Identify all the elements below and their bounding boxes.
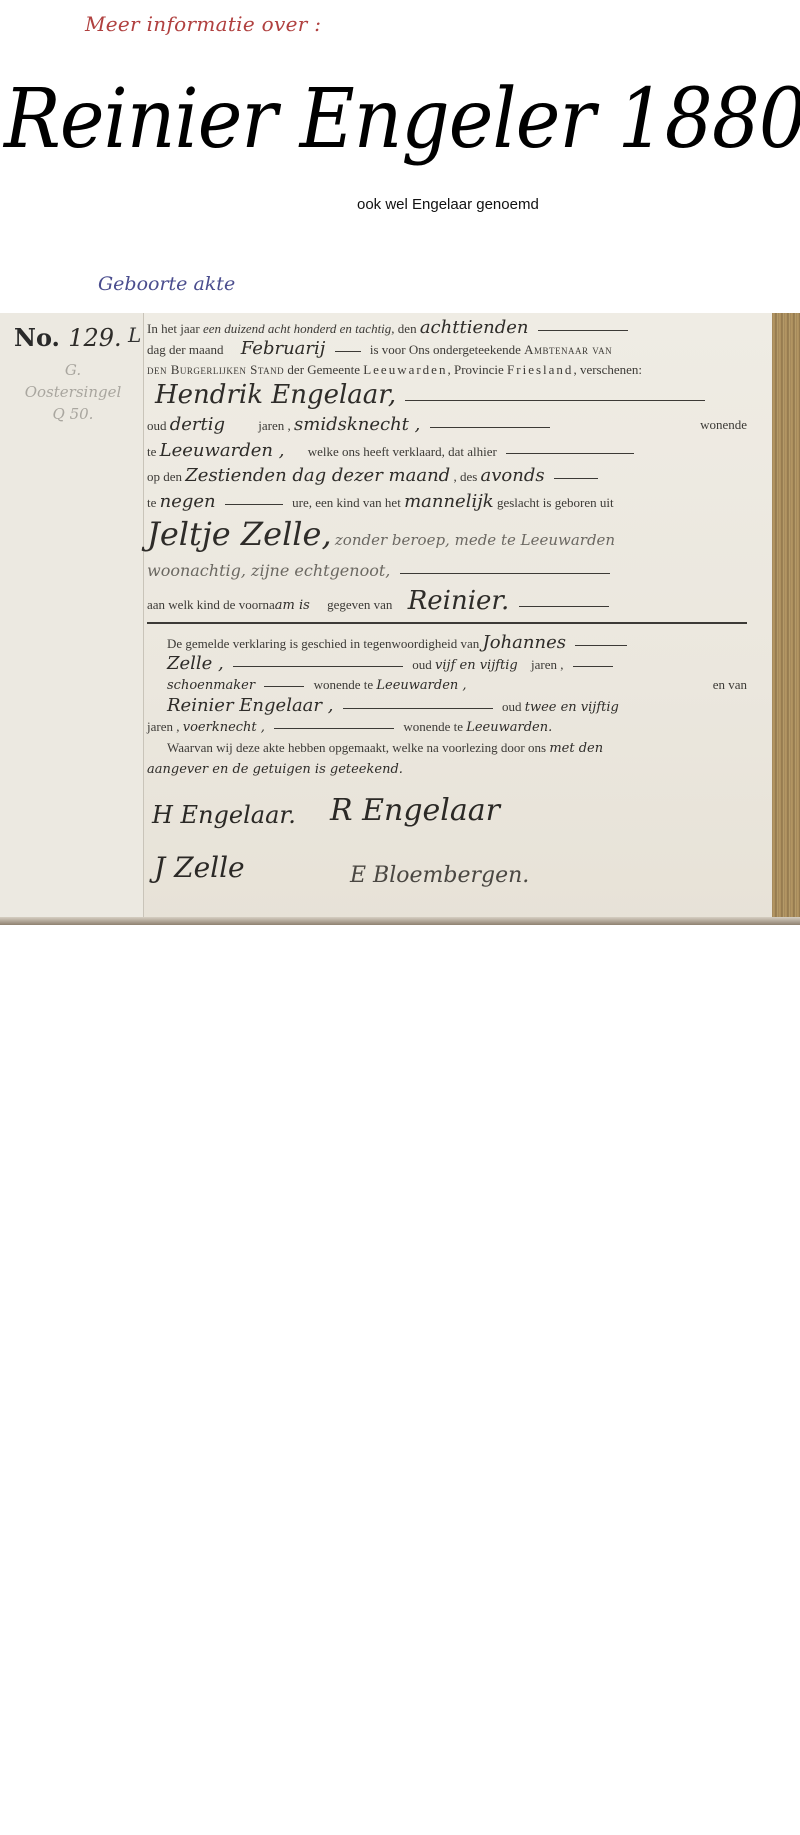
print-text: Friesland <box>507 362 573 377</box>
handwritten-text: mannelijk <box>404 491 494 512</box>
margin-note: G. Oostersingel Q 50. <box>8 359 138 425</box>
intro-text: Meer informatie over : <box>85 12 321 36</box>
cert-line: te Leeuwarden , welke ons heeft verklaar… <box>147 440 747 461</box>
handwritten-text: vijf en vijftig <box>435 658 518 673</box>
handwritten-text: aangever en de getuigen is geteekend. <box>147 762 403 777</box>
rule-line <box>343 708 493 709</box>
handwritten-text: am is <box>275 598 310 613</box>
cert-line: Waarvan wij deze akte hebben opgemaakt, … <box>147 737 747 758</box>
handwritten-text: Jeltje Zelle, <box>147 515 332 553</box>
print-text: op den <box>147 469 182 484</box>
print-text: een duizend acht honderd en tachtig <box>203 321 391 336</box>
handwritten-text: Leeuwarden , <box>160 440 285 461</box>
cert-line: schoenmaker wonende te Leeuwarden , en v… <box>147 674 747 695</box>
handwritten-text: twee en vijftig <box>525 700 619 715</box>
page-edge <box>0 917 800 925</box>
print-text: oud <box>412 657 432 672</box>
certificate-number: No. 129. <box>14 323 122 352</box>
cert-line: Zelle , oud vijf en vijftig jaren , <box>147 653 747 674</box>
page-title: Reinier Engeler 1880 <box>4 70 736 170</box>
handwritten-text: voerknecht , <box>183 720 265 735</box>
handwritten-text: Leeuwarden. <box>466 720 552 735</box>
print-text: In het jaar <box>147 321 200 336</box>
print-text: De gemelde verklaring is geschied in teg… <box>167 636 479 651</box>
print-text: , verschenen: <box>573 362 642 377</box>
certificate-body: In het jaar een duizend acht honderd en … <box>147 317 747 779</box>
number-value: 129. <box>68 324 121 352</box>
rule-line <box>430 427 550 428</box>
print-text: den Burgerlijken Stand <box>147 362 284 377</box>
subtitle: ook wel Engelaar genoemd <box>357 196 539 213</box>
handwritten-text: schoenmaker <box>167 678 255 693</box>
print-text: ure, een kind van het <box>292 495 401 510</box>
cert-line: den Burgerlijken Stand der Gemeente Leeu… <box>147 359 747 380</box>
handwritten-text: Reinier. <box>408 586 510 616</box>
handwritten-text: achttienden <box>420 317 529 338</box>
cert-line: oud dertig jaren , smidsknecht , wonende <box>147 410 747 440</box>
margin-note-line: G. <box>8 359 138 381</box>
rule-line <box>274 728 394 729</box>
handwritten-text: Leeuwarden , <box>376 678 466 693</box>
cert-line: jaren , voerknecht , wonende te Leeuward… <box>147 716 747 737</box>
print-text: jaren , <box>258 418 290 433</box>
print-text: dag der maand <box>147 342 224 357</box>
book-spine <box>772 313 800 925</box>
cert-line: woonachtig, zijne echtgenoot, <box>147 556 747 586</box>
handwritten-text: woonachtig, zijne echtgenoot, <box>147 561 390 580</box>
handwritten-text: Zelle , <box>167 653 224 674</box>
print-text: geslacht is geboren uit <box>497 495 614 510</box>
rule-line <box>264 686 304 687</box>
print-text: aan welk kind de voorna <box>147 597 275 612</box>
rule-line <box>335 351 361 352</box>
handwritten-text: Johannes <box>483 632 566 653</box>
rule-line <box>233 666 403 667</box>
print-text: jaren , <box>531 657 563 672</box>
signature-registrar: E Bloembergen. <box>350 863 529 888</box>
rule-line <box>400 573 610 574</box>
print-text: is voor Ons ondergeteekende <box>370 342 521 357</box>
number-prefix: No. <box>14 323 60 352</box>
margin-note-line: Oostersingel <box>8 381 138 403</box>
rule-line <box>538 330 628 331</box>
signature-witness-2: J Zelle <box>154 851 245 884</box>
rule-line <box>575 645 627 646</box>
cert-line: Jeltje Zelle, zonder beroep, mede te Lee… <box>147 512 747 556</box>
handwritten-text: Hendrik Engelaar, <box>155 380 396 410</box>
handwritten-text: Reinier Engelaar , <box>167 695 333 716</box>
print-text: wonende <box>700 410 747 440</box>
print-text: jaren , <box>147 719 179 734</box>
handwritten-text: Februarij <box>241 338 326 359</box>
section-divider <box>147 622 747 624</box>
print-text: der Gemeente <box>287 362 360 377</box>
print-text: wonende te <box>314 677 374 692</box>
birth-certificate-image: No. 129. L G. Oostersingel Q 50. In het … <box>0 313 800 925</box>
cert-line: op den Zestienden dag dezer maand , des … <box>147 461 747 491</box>
section-heading: Geboorte akte <box>98 273 235 295</box>
handwritten-text: avonds <box>481 465 545 486</box>
cert-line: Hendrik Engelaar, <box>147 380 747 410</box>
print-text: welke ons heeft verklaard, dat alhier <box>308 444 497 459</box>
cert-line: dag der maand Februarij is voor Ons onde… <box>147 338 747 359</box>
signature-father: H Engelaar. <box>152 801 296 829</box>
rule-line <box>506 453 634 454</box>
cert-line: Reinier Engelaar , oud twee en vijftig <box>147 695 747 716</box>
rule-line <box>554 478 598 479</box>
cert-line: aan welk kind de voornaam is gegeven van… <box>147 586 747 616</box>
print-text: Ambtenaar van <box>524 342 612 357</box>
handwritten-text: Zestienden dag dezer maand <box>185 465 450 486</box>
print-text: gegeven van <box>327 597 392 612</box>
print-text: en van <box>713 674 747 695</box>
cert-line: In het jaar een duizend acht honderd en … <box>147 317 747 338</box>
print-text: te <box>147 444 156 459</box>
rule-line <box>225 504 283 505</box>
print-text: oud <box>502 699 522 714</box>
print-text: Waarvan wij deze akte hebben opgemaakt, … <box>167 740 546 755</box>
letter-marker: L <box>128 323 141 347</box>
rule-line <box>573 666 613 667</box>
margin-note-line: Q 50. <box>8 403 138 425</box>
rule-line <box>405 400 705 401</box>
handwritten-text: zonder beroep, mede te Leeuwarden <box>335 531 615 549</box>
handwritten-text: negen <box>160 491 216 512</box>
print-text: wonende te <box>403 719 463 734</box>
print-text: , den <box>391 321 416 336</box>
signature-witness-1: R Engelaar <box>330 793 500 828</box>
handwritten-text: met den <box>549 741 603 756</box>
print-text: te <box>147 495 156 510</box>
print-text: oud <box>147 418 167 433</box>
cert-line: De gemelde verklaring is geschied in teg… <box>147 632 747 653</box>
handwritten-text: dertig <box>170 414 225 435</box>
rule-line <box>519 606 609 607</box>
print-text: , des <box>453 469 477 484</box>
cert-line: te negen ure, een kind van het mannelijk… <box>147 491 747 512</box>
handwritten-text: smidsknecht , <box>294 414 420 435</box>
cert-line: aangever en de getuigen is geteekend. <box>147 758 747 779</box>
print-text: , Provincie <box>447 362 503 377</box>
print-text: Leeuwarden <box>363 362 447 377</box>
signatures: H Engelaar. R Engelaar J Zelle E Bloembe… <box>150 793 710 903</box>
